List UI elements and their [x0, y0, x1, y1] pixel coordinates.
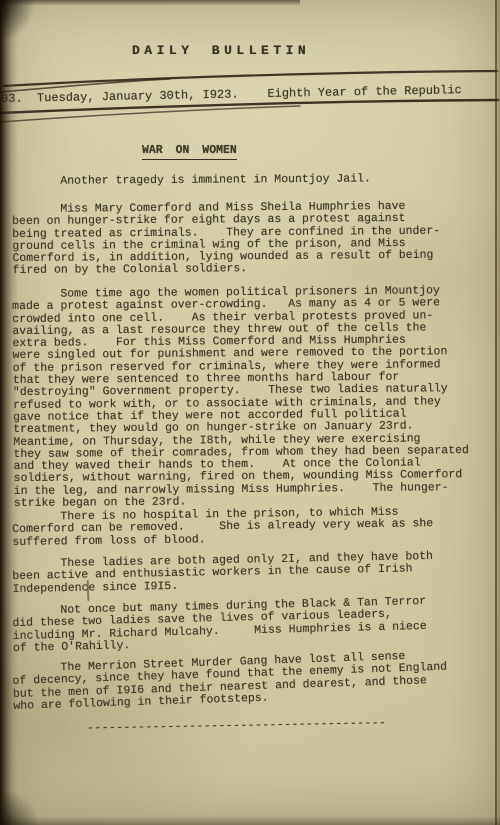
typed-dashed-divider: ----------------------------------------…	[87, 717, 387, 735]
page-edge-bottom	[0, 816, 500, 825]
masthead-date-line: 03. Tuesday, January 30th, I923. Eighth …	[1, 83, 462, 106]
article-headline-wrap: WAR ON WOMEN	[142, 140, 237, 158]
page-corner-bottom-left	[0, 765, 70, 825]
paragraph-black-and-tan: Not once but many times during the Black…	[12, 594, 495, 655]
page-edge-right-line	[495, 0, 497, 825]
paragraph-merrion-street: The Merrion Street Murder Gang have lost…	[12, 648, 495, 713]
paragraph-lead: Another tragedy is imminent in Mountjoy …	[12, 173, 494, 189]
header-rule-bottom-secondary	[0, 106, 300, 122]
paragraph-overcrowding: Some time ago the women political prison…	[12, 285, 496, 511]
article-headline: WAR ON WOMEN	[142, 144, 237, 160]
paragraph-hunger-strike: Miss Mary Comerford and Miss Sheila Hump…	[12, 200, 495, 278]
bulletin-title: DAILY BULLETIN	[132, 43, 310, 58]
document-page: DAILY BULLETIN 03. Tuesday, January 30th…	[0, 0, 500, 825]
page-corner-top-left	[0, 0, 60, 70]
paragraph-aged-21: These ladies are both aged only 2I, and …	[12, 550, 495, 596]
page-edge-left	[0, 0, 18, 825]
paragraph-no-hospital: There is no hospital in the prison, to w…	[12, 505, 494, 549]
